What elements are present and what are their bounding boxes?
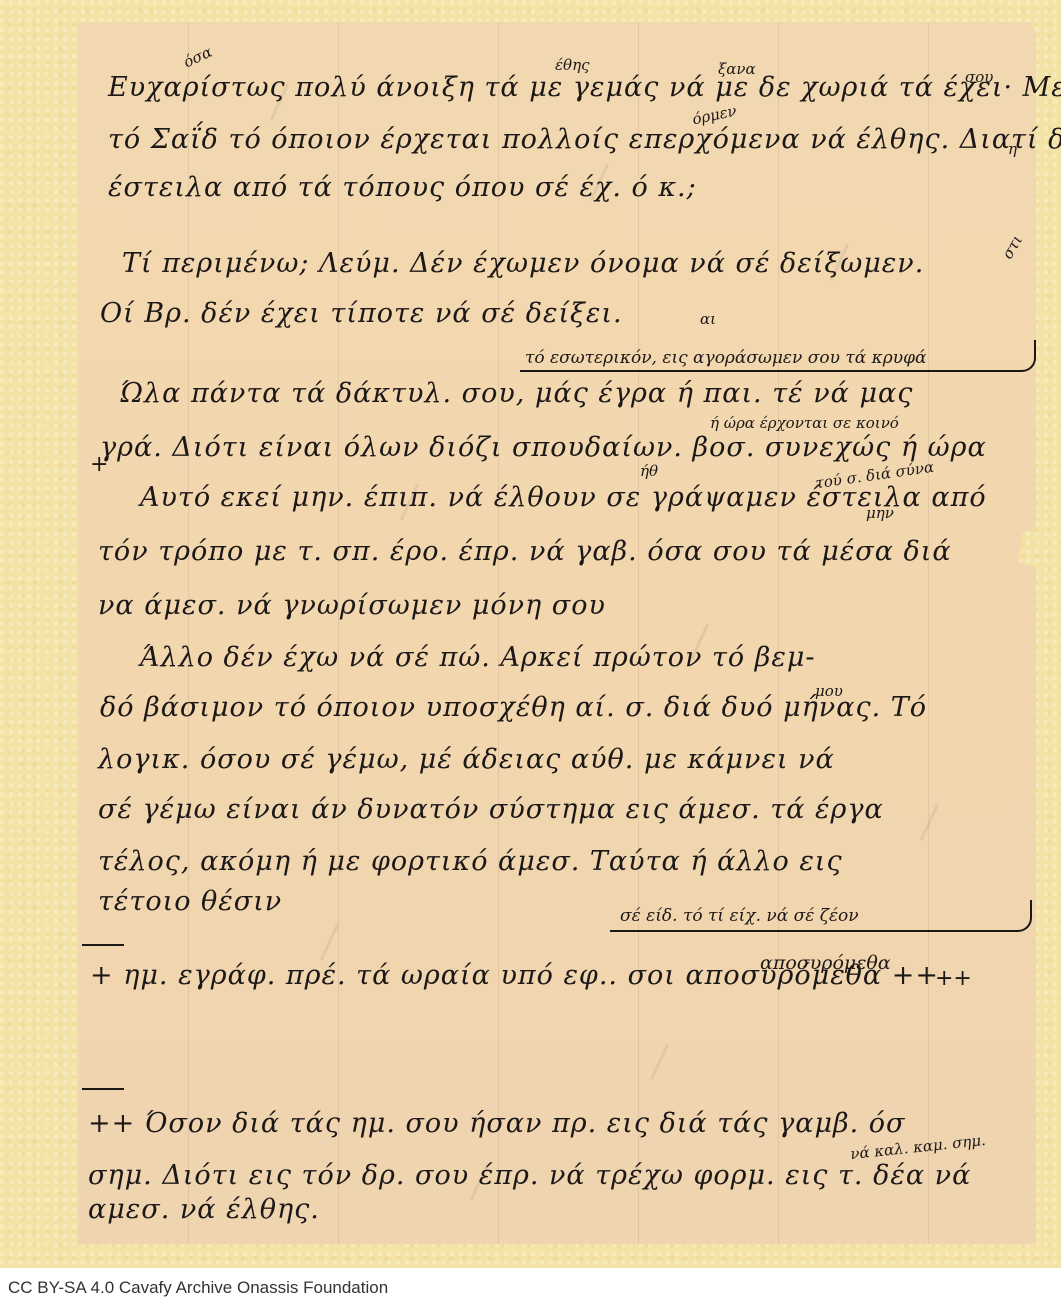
manuscript-page: [78, 22, 1036, 1244]
manuscript-line-18: ++ Όσον διά τάς ημ. σου ήσαν πρ. εις διά…: [88, 1108, 905, 1139]
manuscript-line-11: Άλλο δέν έχω νά σέ πώ. Αρκεί πρώτον τό β…: [140, 642, 816, 673]
interlinear-note: μην: [866, 504, 894, 522]
interlinear-note: η: [1008, 140, 1017, 158]
manuscript-line-5: Οί Βρ. δέν έχει τίποτε νά σέ δείξει.: [100, 298, 623, 329]
interlinear-note: αποσυρόμεθα: [760, 952, 891, 974]
manuscript-line-16: τέτοιο θέσιν: [98, 886, 282, 917]
manuscript-line-10: να άμεσ. νά γνωρίσωμεν μόνη σου: [98, 590, 606, 621]
manuscript-line-14: σέ γέμω είναι άν δυνατόν σύστημα εις άμε…: [98, 794, 884, 825]
interlinear-note: ήθ: [640, 462, 658, 480]
manuscript-line-1: Ευχαρίστως πολύ άνοιξη τά με γεμάς νά με…: [108, 72, 1061, 103]
interlinear-note: έθης: [555, 56, 589, 74]
interlinear-note: μου: [815, 682, 843, 700]
manuscript-line-15: τέλος, ακόμη ή με φορτικό άμεσ. Ταύτα ή …: [98, 846, 843, 877]
insertion-bracket: [610, 900, 1032, 932]
manuscript-line-6: Ώλα πάντα τά δάκτυλ. σου, μάς έγρα ή παι…: [120, 378, 913, 409]
insertion-bracket: [520, 340, 1036, 372]
double-plus-mark: ++: [935, 966, 972, 991]
manuscript-line-13: λογικ. όσου σέ γέμω, μέ άδειας αύθ. με κ…: [98, 744, 835, 775]
manuscript-line-19: σημ. Διότι εις τόν δρ. σου έπρ. νά τρέχω…: [88, 1160, 971, 1191]
manuscript-line-2: τό Σαΐδ τό όποιον έρχεται πολλοίς επερχό…: [108, 124, 1061, 155]
manuscript-line-3: έστειλα από τά τόπους όπου σέ έχ. ό κ.;: [108, 172, 697, 203]
interlinear-note: ή ώρα έρχονται σε κοινό: [710, 414, 899, 432]
manuscript-line-9: τόν τρόπο με τ. σπ. έρο. έπρ. νά γαβ. όσ…: [98, 536, 952, 567]
plus-mark: +: [90, 452, 108, 477]
manuscript-line-12: δό βάσιμον τό όποιον υποσχέθη αί. σ. διά…: [100, 692, 927, 723]
interlinear-note: ξανα: [718, 60, 756, 78]
interlinear-note: σου: [965, 68, 993, 86]
manuscript-line-4: Τί περιμένω; Λεύμ. Δέν έχωμεν όνομα νά σ…: [122, 248, 924, 279]
manuscript-line-7: γρά. Διότι είναι όλων διόζι σπουδαίων. β…: [100, 432, 987, 463]
manuscript-line-8: Αυτό εκεί μην. έπιπ. νά έλθουν σε γράψαμ…: [140, 482, 987, 513]
separator-stroke: [82, 1088, 124, 1090]
manuscript-line-20: αμεσ. νά έλθης.: [88, 1194, 320, 1225]
separator-stroke: [82, 944, 124, 946]
archive-credit: CC BY-SA 4.0 Cavafy Archive Onassis Foun…: [8, 1278, 388, 1298]
interlinear-note: αι: [700, 310, 716, 328]
